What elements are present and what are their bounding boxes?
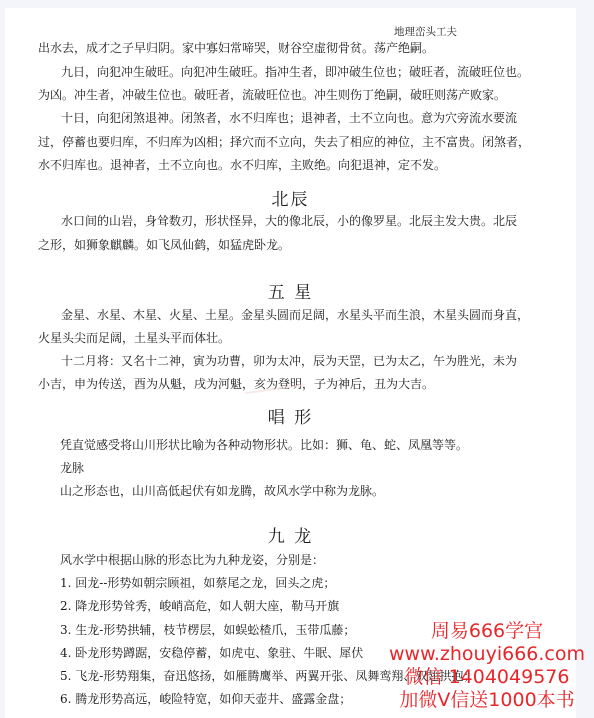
list-item: 4. 卧龙形势蹲踞，安稳停蓄，如虎屯、象驻、牛眠、犀伏 [60,645,363,661]
paragraph-line: 风水学中根据山脉的形态比为九种龙姿，分别是： [60,552,324,568]
watermark-line-url: www.zhouyi666.com [380,643,594,666]
section-heading-changxing: 唱 形 [5,408,576,428]
paragraph-line: 小吉，申为传送，酉为从魁，戌为河魁，亥为登明，子为神后，丑为大吉。 [38,376,434,392]
paragraph-line: 水口间的山岩，身耸数刃，形状怪异，大的像北辰，小的像罗星。北辰主发大贵。北辰 [61,213,517,229]
list-item: 2. 降龙形势耸秀，峻峭高危，如人朝大座，勒马开旗 [60,598,339,614]
paragraph-line: 出水去，成才之子早归阴。家中寡妇常啼哭，财谷空虚彻骨贫。荡产绝嗣。 [38,40,434,56]
watermark-line-title: 周易666学宫 [380,620,594,643]
watermark-line-offer: 加微V信送1000本书 [380,689,594,712]
running-header: 地理峦头工夫 [394,25,457,39]
paragraph-line: 金星、水星、木星、火星、土星。金星头圆而足阔，水星头平而生浪，木星头圆而身直， [61,307,529,323]
section-heading-wuxing: 五 星 [5,283,576,303]
paragraph-line: 凭直觉感受将山川形状比喻为各种动物形状。比如：狮、龟、蛇、凤凰等等。 [60,437,468,453]
list-item: 6. 腾龙形势高远，峻险特宽，如仰天壶井、盛露金盘； [60,691,351,707]
list-item: 3. 生龙-形势拱辅，枝节楞层，如蜈蚣楂爪，玉带瓜藤； [60,622,355,638]
list-item: 1. 回龙--形势如朝宗顾祖，如蔡尾之龙，回头之虎； [60,575,335,591]
paragraph-line: 山之形态也，山川高低起伏有如龙腾，故风水学中称为龙脉。 [60,483,384,499]
subheading-longmai: 龙脉 [60,460,84,476]
paragraph-line: 十日，向犯闭煞退神。闭煞者，水不归库也；退神者，土不立向也。意为穴旁流水要流 [61,110,517,126]
paragraph-line: 过，停蓄也要归库，不归库为凶相；择穴而不立向，失去了相应的神位，主不富贵。闭煞者… [38,134,530,150]
paragraph-line: 十二月将：又名十二神，寅为功曹，卯为太冲，辰为天罡，已为太乙，午为胜光，未为 [61,353,517,369]
section-heading-jiulong: 九 龙 [5,527,576,547]
paragraph-line: 之形，如狮象麒麟。如飞凤仙鹤，如猛虎卧龙。 [38,237,290,253]
paragraph-line: 水不归库也。退神者，土不立向也。水不归库，主败绝。向犯退神，定不发。 [38,157,446,173]
paragraph-line: 为凶。冲生者，冲破生位也。破旺者，流破旺位也。冲生则伤丁绝嗣，破旺则荡产败家。 [38,87,506,103]
promo-watermark: 周易666学宫 www.zhouyi666.com 微信 1404049576 … [380,620,594,712]
watermark-line-wechat: 微信 1404049576 [380,666,594,689]
paragraph-line: 火星头尖而足阔，土星头平而体壮。 [38,330,230,346]
section-heading-beichen: 北辰 [5,190,576,210]
paragraph-line: 九日，向犯冲生破旺。向犯冲生破旺。指冲生者，即冲破生位也；破旺者，流破旺位也。 [61,64,529,80]
